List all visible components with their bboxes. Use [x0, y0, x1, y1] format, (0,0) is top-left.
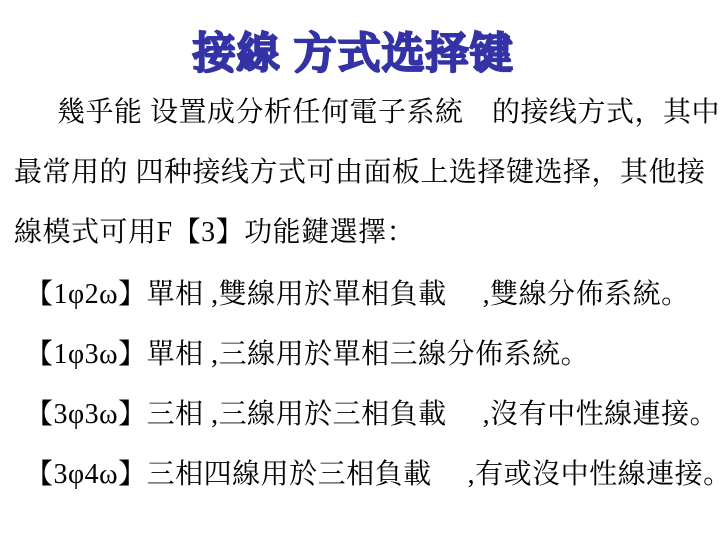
bullet-3phase-3wire: 【3φ3ω】三相 ,三線用於三相負載 ,沒有中性線連接。: [25, 395, 718, 435]
body-paragraph-line-1: 幾乎能 设置成分析任何電子系統 的接线方式，其中: [57, 93, 720, 133]
bullet-1phase-3wire: 【1φ3ω】單相 ,三線用於單相三線分佈系統。: [25, 335, 589, 375]
body-paragraph-line-3: 線模式可用F【3】功能鍵選擇：: [14, 213, 415, 253]
bullet-3phase-4wire: 【3φ4ω】三相四線用於三相負載 ,有或沒中性線連接。: [25, 455, 720, 495]
slide-title: 接線 方式选择键: [0, 20, 706, 81]
body-paragraph-line-2: 最常用的 四种接线方式可由面板上选择键选择，其他接: [14, 153, 706, 193]
bullet-1phase-2wire: 【1φ2ω】單相 ,雙線用於單相負載 ,雙線分佈系統。: [25, 275, 690, 315]
presentation-slide: 接線 方式选择键 幾乎能 设置成分析任何電子系統 的接线方式，其中 最常用的 四…: [0, 0, 720, 540]
